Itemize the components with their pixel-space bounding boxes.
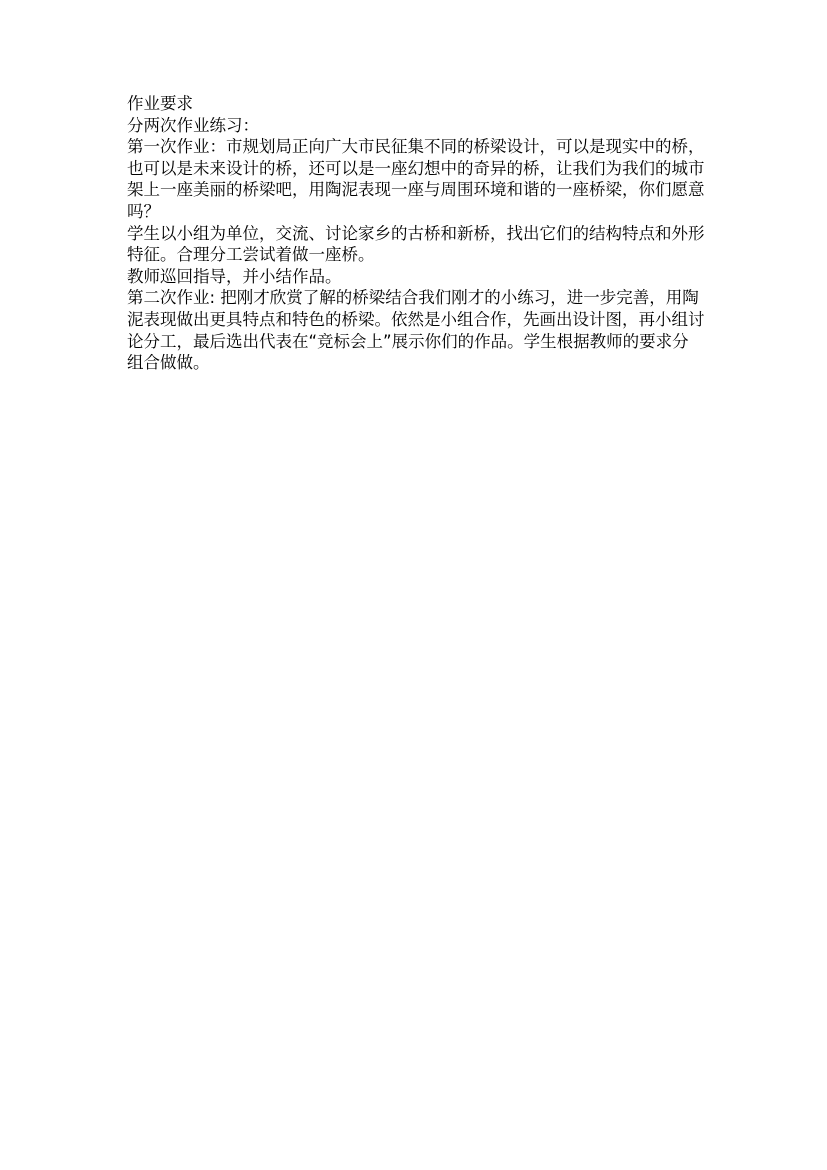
text-line-heading: 作业要求: [127, 93, 719, 115]
text-line: 第一次作业：市规划局正向广大市民征集不同的桥梁设计，可以是现实中的桥，: [127, 136, 719, 158]
text-line: 也可以是未来设计的桥，还可以是一座幻想中的奇异的桥，让我们为我们的城市: [127, 158, 719, 180]
text-line: 架上一座美丽的桥梁吧，用陶泥表现一座与周围环境和谐的一座桥梁，你们愿意: [127, 179, 719, 201]
text-line: 特征。合理分工尝试着做一座桥。: [127, 244, 719, 266]
text-line: 论分工，最后选出代表在“竞标会上”展示你们的作品。学生根据教师的要求分: [127, 331, 719, 353]
text-line: 泥表现做出更具特点和特色的桥梁。依然是小组合作，先画出设计图，再小组讨: [127, 309, 719, 331]
text-line: 第二次作业: 把刚才欣赏了解的桥梁结合我们刚才的小练习，进一步完善，用陶: [127, 287, 719, 309]
text-line: 吗？: [127, 201, 719, 223]
text-line: 组合做做。: [127, 352, 719, 374]
text-line: 学生以小组为单位，交流、讨论家乡的古桥和新桥，找出它们的结构特点和外形: [127, 223, 719, 245]
text-line: 分两次作业练习：: [127, 115, 719, 137]
text-block: 作业要求 分两次作业练习： 第一次作业：市规划局正向广大市民征集不同的桥梁设计，…: [127, 93, 719, 374]
document-page: 作业要求 分两次作业练习： 第一次作业：市规划局正向广大市民征集不同的桥梁设计，…: [0, 0, 827, 1170]
text-line: 教师巡回指导，并小结作品。: [127, 266, 719, 288]
